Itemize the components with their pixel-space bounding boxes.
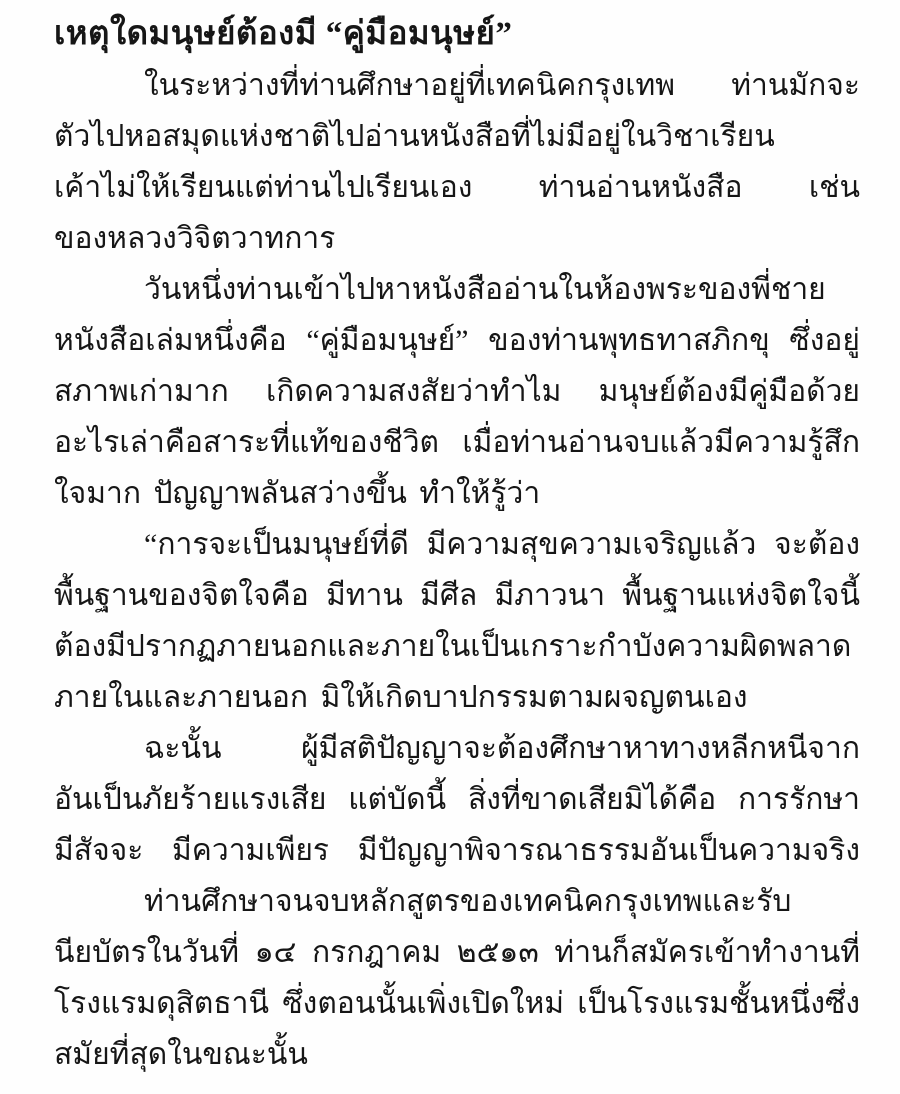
text-line: อะไรเล่าคือสาระที่แท้ของชีวิต เมื่อท่านอ…	[54, 417, 860, 468]
text-line: “การจะเป็นมนุษย์ที่ดี มีความสุขความเจริญ…	[54, 519, 860, 570]
text-line: พื้นฐานของจิตใจคือ มีทาน มีศีล มีภาวนา พ…	[54, 570, 860, 621]
text-line: โรงแรมดุสิตธานี ซึ่งตอนนั้นเพิ่งเปิดใหม่…	[54, 978, 860, 1029]
paragraphs: ในระหว่างที่ท่านศึกษาอยู่ที่เทคนิคกรุงเท…	[54, 60, 860, 1080]
text-line: ใจมาก ปัญญาพลันสว่างขึ้น ทำให้รู้ว่า	[54, 468, 860, 519]
text-line: ในระหว่างที่ท่านศึกษาอยู่ที่เทคนิคกรุงเท…	[54, 60, 860, 111]
text-line: เค้าไม่ให้เรียนแต่ท่านไปเรียนเอง ท่านอ่า…	[54, 162, 860, 213]
text-line: มีสัจจะ มีความเพียร มีปัญญาพิจารณาธรรมอั…	[54, 825, 860, 876]
text-line: ต้องมีปรากฏภายนอกและภายในเป็นเกราะกำบังค…	[54, 621, 860, 672]
text-line: สมัยที่สุดในขณะนั้น	[54, 1029, 860, 1080]
text-line: ของหลวงวิจิตวาทการ	[54, 213, 860, 264]
document-page: เหตุใดมนุษย์ต้องมี “คู่มือมนุษย์” ในระหว…	[0, 0, 900, 1094]
text-line: ภายในและภายนอก มิให้เกิดบาปกรรมตามผจญตนเ…	[54, 672, 860, 723]
text-line: วันหนึ่งท่านเข้าไปหาหนังสืออ่านในห้องพระ…	[54, 264, 860, 315]
text-line: หนังสือเล่มหนึ่งคือ “คู่มือมนุษย์” ของท่…	[54, 315, 860, 366]
text-line: นียบัตรในวันที่ ๑๔ กรกฎาคม ๒๕๑๓ ท่านก็สม…	[54, 927, 860, 978]
text-line: อันเป็นภัยร้ายแรงเสีย แต่บัดนี้ สิ่งที่ข…	[54, 774, 860, 825]
page-title: เหตุใดมนุษย์ต้องมี “คู่มือมนุษย์”	[54, 8, 860, 60]
text-line: ท่านศึกษาจนจบหลักสูตรของเทคนิคกรุงเทพและ…	[54, 876, 860, 927]
text-line: สภาพเก่ามาก เกิดความสงสัยว่าทำไม มนุษย์ต…	[54, 366, 860, 417]
text-line: ตัวไปหอสมุดแห่งชาติไปอ่านหนังสือที่ไม่มี…	[54, 111, 860, 162]
text-line: ฉะนั้น ผู้มีสติปัญญาจะต้องศึกษาหาทางหลีก…	[54, 723, 860, 774]
